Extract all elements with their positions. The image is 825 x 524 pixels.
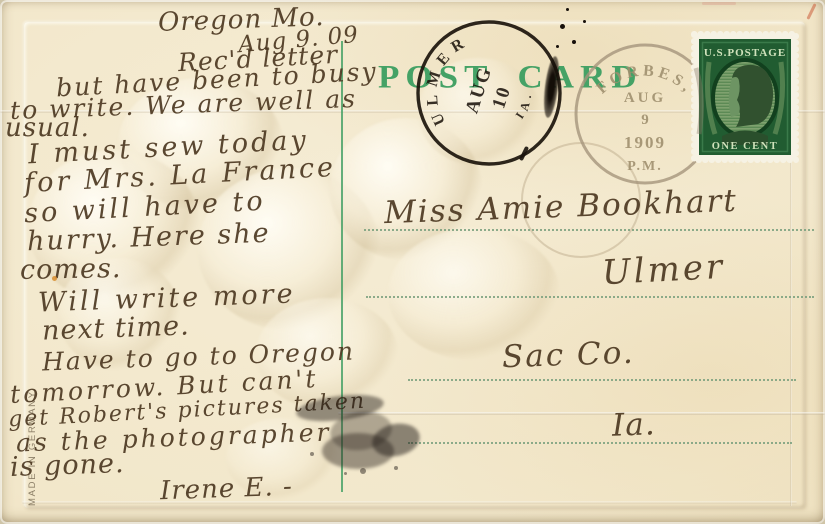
handwritten-line: is gone. <box>9 448 125 483</box>
postcard-scan: POST CARD MADE IN GERMANY. Oregon Mo. Au… <box>0 0 825 524</box>
ink-speck <box>556 45 559 48</box>
postmark-meridiem: P.M. <box>627 159 662 174</box>
handwritten-line: comes. <box>20 253 122 286</box>
one-cent-franklin-stamp: U.S.POSTAGE ONE CENT <box>686 26 804 168</box>
address-dotted-line <box>408 442 792 444</box>
postmark-month: AUG <box>624 90 666 106</box>
handwritten-signature: Irene E. - <box>160 472 294 507</box>
paper-crease <box>338 412 825 415</box>
ink-speck <box>560 24 565 29</box>
ink-speck <box>394 466 398 470</box>
address-state: Ia. <box>611 406 656 443</box>
ink-speck <box>566 8 569 11</box>
ulmer-receiving-postmark: ULMER IA. AUG 10 <box>414 18 564 168</box>
handwritten-line: next time. <box>42 310 191 346</box>
postmark-year: 1909 <box>624 133 666 152</box>
stamp-top-label: U.S.POSTAGE <box>704 47 786 59</box>
postmark-month: AUG <box>462 64 497 116</box>
address-county: Sac Co. <box>501 335 635 376</box>
address-dotted-line <box>366 296 814 298</box>
orange-speck <box>52 276 57 281</box>
ink-speck <box>583 20 586 23</box>
stamp-bottom-label: ONE CENT <box>712 141 779 152</box>
address-town: Ulmer <box>601 247 726 293</box>
ink-speck <box>360 468 366 474</box>
address-dotted-line <box>408 379 796 381</box>
postmark-day: 9 <box>641 112 649 128</box>
paper-crease <box>22 501 797 504</box>
ink-speck <box>344 472 347 475</box>
postmark-state: IA. <box>511 87 537 123</box>
ink-speck <box>572 40 576 44</box>
svg-text:IA.: IA. <box>511 87 537 123</box>
ink-speck <box>310 452 314 456</box>
pink-smudge <box>702 2 736 5</box>
postmark-day: 10 <box>488 83 515 111</box>
